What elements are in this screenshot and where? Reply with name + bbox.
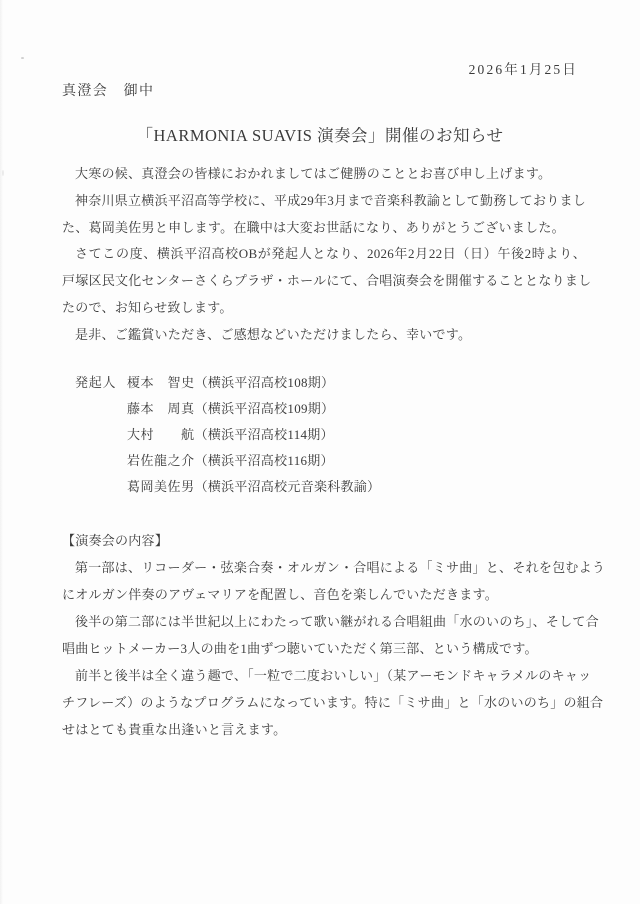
program-line: チフレーズ）のようなプログラムになっています。特に「ミサ曲」と「水のいのち」の組… [62,689,586,716]
program-section: 【演奏会の内容】 第一部は、リコーダー・弦楽合奏・オルガン・合唱による「ミサ曲」… [62,527,586,743]
founder-name: 藤本 周真 [127,396,195,422]
founder-name: 大村 航 [127,422,195,448]
body-line: 是非、ご鑑賞いただき、ご感想などいただけましたら、幸いです。 [62,322,586,349]
program-line: 後半の第二部には半世紀以上にわたって歌い継がれる合唱組曲「水のいのち」、そして合 [62,608,586,635]
founder-row: 大村 航 （横浜平沼高校114期） [62,422,586,448]
founder-row: 岩佐龍之介 （横浜平沼高校116期） [62,448,586,474]
letter-date: 2026年1月25日 [469,60,578,79]
scan-artifact [21,57,24,59]
body-line: 大寒の候、真澄会の皆様におかれましてはご健勝のこととお喜び申し上げます。 [62,161,586,188]
founders-list: 発起人 榎本 智史 （横浜平沼高校108期） 藤本 周真 （横浜平沼高校109期… [62,370,586,500]
founder-name: 岩佐龍之介 [127,448,195,474]
founder-row: 藤本 周真 （横浜平沼高校109期） [62,396,586,422]
program-line: 前半と後半は全く違う趣で、「一粒で二度おいしい」（某アーモンドキャラメルのキャッ [62,662,586,689]
founder-affiliation: （横浜平沼高校109期） [195,396,335,422]
body-line: さてこの度、横浜平沼高校OBが発起人となり、2026年2月22日（日）午後2時よ… [62,241,586,268]
founder-name: 葛岡美佐男 [127,474,195,500]
body-line: 戸塚区民文化センターさくらプラザ・ホールにて、合唱演奏会を開催することとなりまし [62,268,586,295]
founders-label [75,474,127,500]
founder-affiliation: （横浜平沼高校116期） [195,448,334,474]
founders-label [75,396,127,422]
letter-title: 「HARMONIA SUAVIS 演奏会」開催のお知らせ [0,124,640,148]
body-line: たので、お知らせ致します。 [62,295,586,322]
founder-row: 葛岡美佐男 （横浜平沼高校元音楽科教諭） [62,474,586,500]
program-heading: 【演奏会の内容】 [62,527,586,554]
body-line: た、葛岡美佐男と申します。在職中は大変お世話になり、ありがとうございました。 [62,215,586,242]
founder-name: 榎本 智史 [127,370,195,396]
founders-label: 発起人 [75,370,127,396]
founders-label [75,448,127,474]
founder-affiliation: （横浜平沼高校元音楽科教諭） [195,474,381,500]
program-line: せはとても貴重な出逢いと言えます。 [62,716,586,743]
recipient-line: 真澄会 御中 [62,82,154,102]
scan-artifact [2,170,4,176]
founders-label [75,422,127,448]
letter-body: 大寒の候、真澄会の皆様におかれましてはご健勝のこととお喜び申し上げます。 神奈川… [62,161,586,349]
founder-row: 発起人 榎本 智史 （横浜平沼高校108期） [62,370,586,396]
letter-page: 2026年1月25日 真澄会 御中 「HARMONIA SUAVIS 演奏会」開… [0,0,640,904]
body-line: 神奈川県立横浜平沼高等学校に、平成29年3月まで音楽科教諭として勤務しておりまし [62,188,586,215]
founder-affiliation: （横浜平沼高校114期） [195,422,334,448]
program-line: にオルガン伴奏のアヴェマリアを配置し、音色を楽しんでいただきます。 [62,581,586,608]
founder-affiliation: （横浜平沼高校108期） [195,370,335,396]
program-line: 第一部は、リコーダー・弦楽合奏・オルガン・合唱による「ミサ曲」と、それを包むよう [62,554,586,581]
program-line: 唱曲ヒットメーカー3人の曲を1曲ずつ聴いていただく第三部、という構成です。 [62,635,586,662]
